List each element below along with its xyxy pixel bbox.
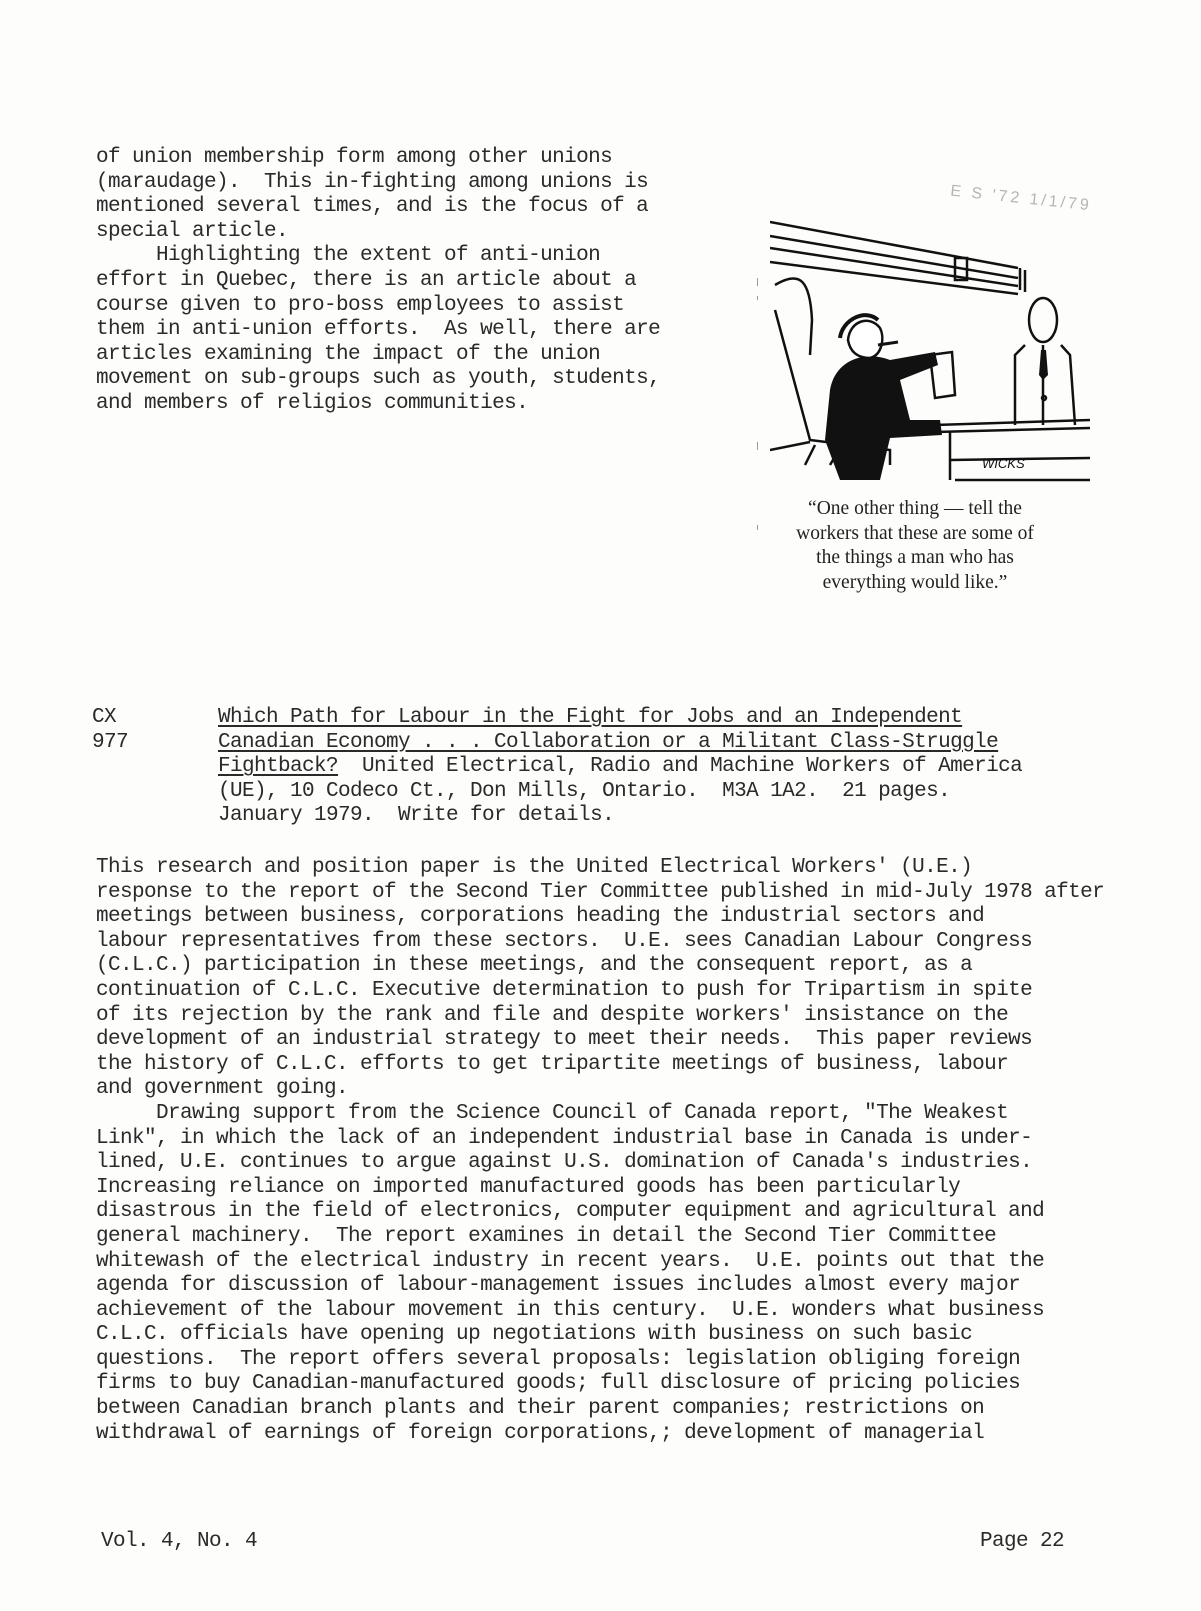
text-line: continuation of C.L.C. Executive determi… bbox=[96, 979, 1104, 1004]
entry-code-prefix: CX bbox=[92, 706, 128, 731]
text-line: firms to buy Canadian-manufactured goods… bbox=[96, 1372, 1104, 1397]
text-line: Drawing support from the Science Council… bbox=[96, 1102, 1104, 1127]
text-line: special article. bbox=[96, 220, 660, 245]
text-line: (C.L.C.) participation in these meetings… bbox=[96, 954, 1104, 979]
entry-code-number: 977 bbox=[92, 731, 128, 756]
caption-line: “One other thing — tell the bbox=[755, 497, 1075, 522]
text-line: them in anti-union efforts. As well, the… bbox=[96, 318, 660, 343]
entry-code: CX 977 bbox=[92, 706, 128, 755]
text-line: general machinery. The report examines i… bbox=[96, 1225, 1104, 1250]
publisher-address: (UE), 10 Codeco Ct., Don Mills, Ontario.… bbox=[218, 780, 1022, 805]
publication-date: January 1979. Write for details. bbox=[218, 804, 1022, 829]
text-line: mentioned several times, and is the focu… bbox=[96, 195, 660, 220]
text-line: whitewash of the electrical industry in … bbox=[96, 1250, 1104, 1275]
text-line: development of an industrial strategy to… bbox=[96, 1028, 1104, 1053]
text-line: between Canadian branch plants and their… bbox=[96, 1397, 1104, 1422]
abstract-body: This research and position paper is the … bbox=[96, 856, 1104, 1446]
cartoon-caption: “One other thing — tell the workers that… bbox=[755, 497, 1075, 595]
text-line: This research and position paper is the … bbox=[96, 856, 1104, 881]
footer-page-number: Page 22 bbox=[980, 1530, 1064, 1553]
text-line: the history of C.L.C. efforts to get tri… bbox=[96, 1053, 1104, 1078]
text-line: response to the report of the Second Tie… bbox=[96, 881, 1104, 906]
text-line: and members of religios communities. bbox=[96, 392, 660, 417]
text-line: questions. The report offers several pro… bbox=[96, 1348, 1104, 1373]
text-line: achievement of the labour movement in th… bbox=[96, 1299, 1104, 1324]
text-line: (maraudage). This in-fighting among unio… bbox=[96, 171, 660, 196]
caption-line: everything would like.” bbox=[755, 571, 1075, 596]
text-line: agenda for discussion of labour-manageme… bbox=[96, 1274, 1104, 1299]
text-line: of union membership form among other uni… bbox=[96, 146, 660, 171]
publisher: United Electrical, Radio and Machine Wor… bbox=[338, 755, 1022, 778]
text-line: disastrous in the field of electronics, … bbox=[96, 1200, 1104, 1225]
text-line: withdrawal of earnings of foreign corpor… bbox=[96, 1422, 1104, 1447]
text-line: Link", in which the lack of an independe… bbox=[96, 1127, 1104, 1152]
margin-mark bbox=[757, 296, 758, 300]
text-line: C.L.C. officials have opening up negotia… bbox=[96, 1323, 1104, 1348]
caption-line: the things a man who has bbox=[755, 546, 1075, 571]
entry-citation: Which Path for Labour in the Fight for J… bbox=[218, 706, 1022, 829]
text-line: Highlighting the extent of anti-union bbox=[96, 244, 660, 269]
text-line: labour representatives from these sector… bbox=[96, 930, 1104, 955]
intro-paragraph: of union membership form among other uni… bbox=[96, 146, 660, 417]
entry-title: Fightback? bbox=[218, 755, 338, 778]
margin-mark bbox=[757, 278, 758, 286]
citation-line: Fightback? United Electrical, Radio and … bbox=[218, 755, 1022, 780]
footer-volume: Vol. 4, No. 4 bbox=[101, 1530, 257, 1553]
text-line: movement on sub-groups such as youth, st… bbox=[96, 367, 660, 392]
text-line: course given to pro-boss employees to as… bbox=[96, 294, 660, 319]
margin-mark bbox=[757, 442, 758, 450]
caption-line: workers that these are some of bbox=[755, 522, 1075, 547]
text-line: lined, U.E. continues to argue against U… bbox=[96, 1151, 1104, 1176]
text-line: meetings between business, corporations … bbox=[96, 905, 1104, 930]
entry-title: Which Path for Labour in the Fight for J… bbox=[218, 706, 1022, 731]
text-line: of its rejection by the rank and file an… bbox=[96, 1004, 1104, 1029]
text-line: effort in Quebec, there is an article ab… bbox=[96, 269, 660, 294]
cartoon-illustration: WICKS bbox=[770, 180, 1090, 490]
entry-title: Canadian Economy . . . Collaboration or … bbox=[218, 731, 1022, 756]
text-line: and government going. bbox=[96, 1077, 1104, 1102]
text-line: articles examining the impact of the uni… bbox=[96, 343, 660, 368]
text-line: Increasing reliance on imported manufact… bbox=[96, 1176, 1104, 1201]
cartoon-signature: WICKS bbox=[982, 456, 1025, 471]
